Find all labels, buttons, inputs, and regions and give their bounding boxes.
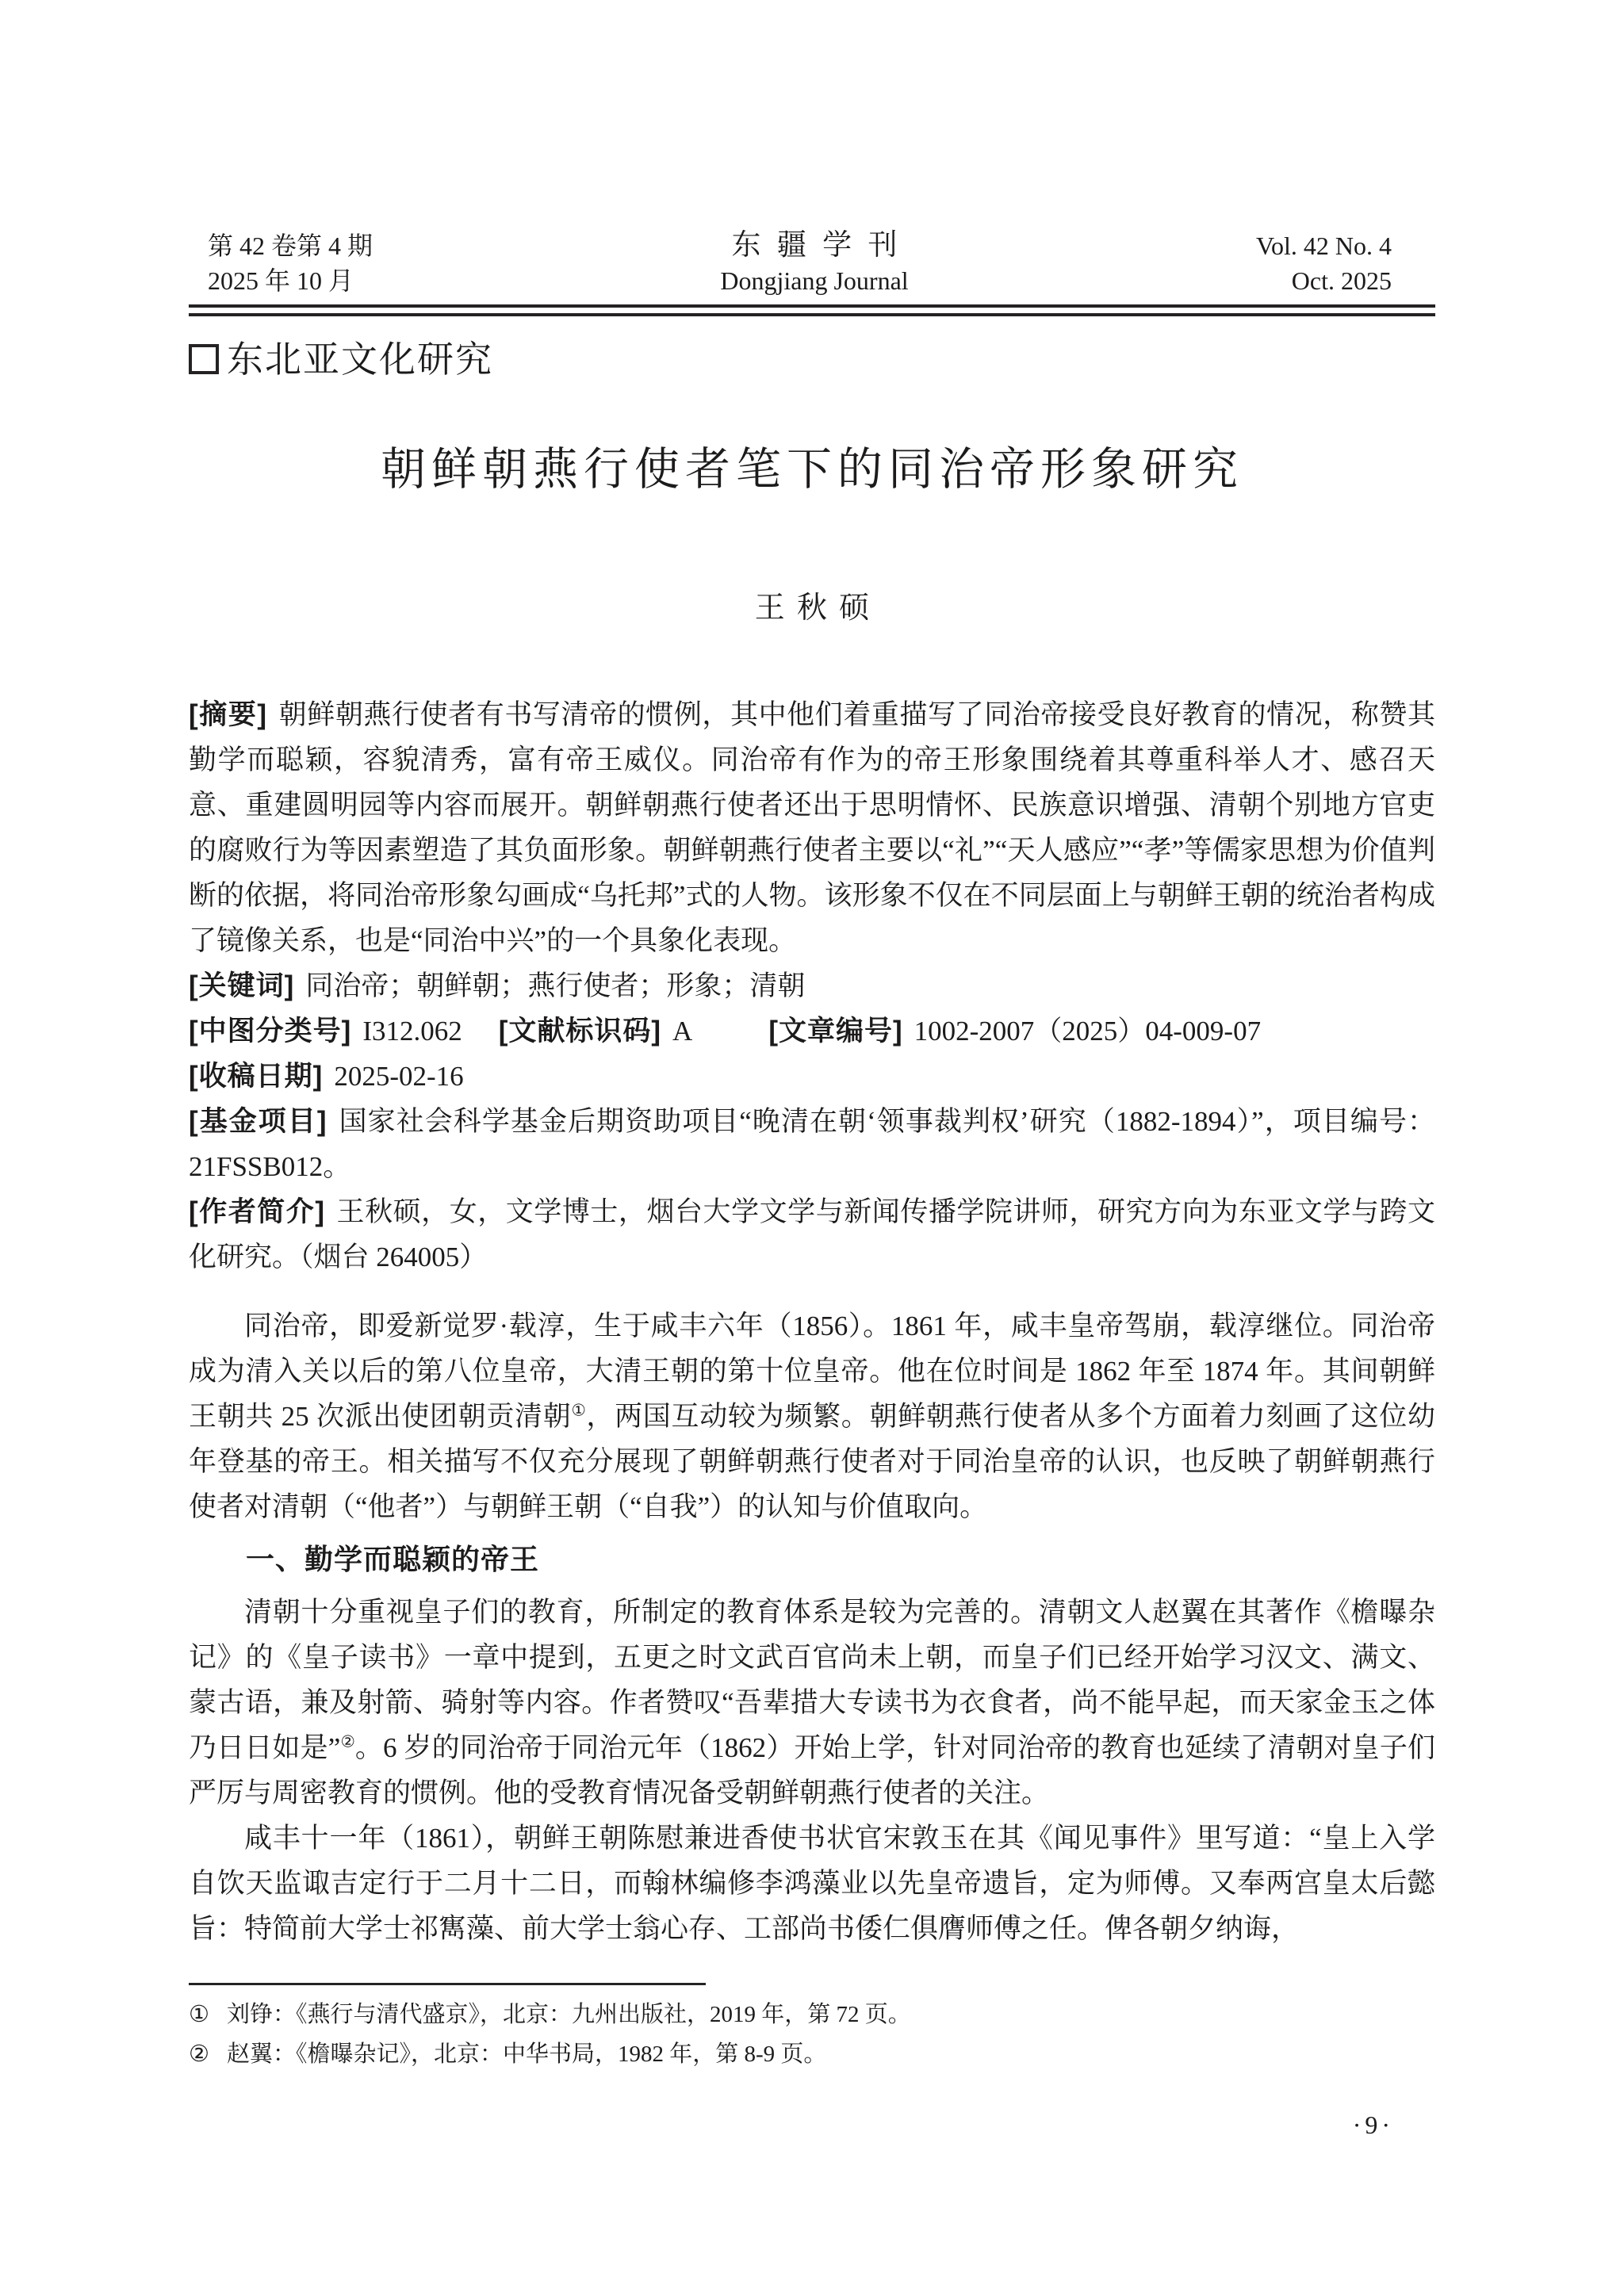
section-1-heading: 一、勤学而聪颖的帝王 bbox=[189, 1544, 1435, 1575]
section-square-icon bbox=[189, 344, 219, 374]
footnote-2-marker: ② bbox=[189, 2034, 209, 2074]
keywords-label: [关键词] bbox=[189, 970, 294, 1001]
footnote-ref-1: ① bbox=[571, 1402, 586, 1419]
journal-name-en: Dongjiang Journal bbox=[720, 263, 908, 298]
article-author: 王秋硕 bbox=[189, 591, 1447, 626]
footnote-2: ② 赵翼：《檐曝杂记》，北京：中华书局，1982 年，第 8-9 页。 bbox=[189, 2034, 1435, 2074]
doc-code-value: A bbox=[672, 1016, 692, 1047]
volume-issue-en: Vol. 42 No. 4 bbox=[1256, 228, 1392, 263]
paragraph-3: 咸丰十一年（1861），朝鲜王朝陈慰兼进香使书状官宋敦玉在其《闻见事件》里写道：… bbox=[189, 1816, 1435, 1951]
fund-text: 国家社会科学基金后期资助项目“晚清在朝‘领事裁判权’研究（1882-1894）”… bbox=[189, 1106, 1435, 1182]
article-title: 朝鲜朝燕行使者笔下的同治帝形象研究 bbox=[189, 445, 1435, 496]
article-id-value: 1002-2007（2025）04-009-07 bbox=[914, 1016, 1261, 1047]
keywords: [关键词]同治帝；朝鲜朝；燕行使者；形象；清朝 bbox=[189, 963, 1435, 1008]
journal-page: 第 42 卷第 4 期 2025 年 10 月 东疆学刊 Dongjiang J… bbox=[0, 0, 1624, 2296]
page-number: ·9· bbox=[1353, 2110, 1394, 2140]
bio-label: [作者简介] bbox=[189, 1196, 325, 1227]
footnote-1-marker: ① bbox=[189, 1995, 209, 2034]
paragraph-1: 同治帝，即爱新觉罗·载淳，生于咸丰六年（1856）。1861 年，咸丰皇帝驾崩，… bbox=[189, 1303, 1435, 1529]
received-value: 2025-02-16 bbox=[334, 1061, 463, 1092]
journal-name: 东疆学刊 Dongjiang Journal bbox=[720, 228, 908, 298]
header-issue-info-en: Vol. 42 No. 4 Oct. 2025 bbox=[1256, 228, 1435, 298]
abstract-label: [摘要] bbox=[189, 699, 267, 730]
article-id-label: [文章编号] bbox=[768, 1016, 902, 1047]
date-en: Oct. 2025 bbox=[1256, 263, 1392, 298]
journal-name-cn: 东疆学刊 bbox=[731, 228, 913, 263]
clc-value: I312.062 bbox=[362, 1016, 462, 1047]
article-body: 同治帝，即爱新觉罗·载淳，生于咸丰六年（1856）。1861 年，咸丰皇帝驾崩，… bbox=[189, 1303, 1435, 1951]
section-label: 东北亚文化研究 bbox=[227, 339, 493, 380]
author-bio: [作者简介]王秋硕，女，文学博士，烟台大学文学与新闻传播学院讲师，研究方向为东亚… bbox=[189, 1189, 1435, 1280]
date-cn: 2025 年 10 月 bbox=[208, 263, 373, 298]
abstract: [摘要]朝鲜朝燕行使者有书写清帝的惯例，其中他们着重描写了同治帝接受良好教育的情… bbox=[189, 692, 1435, 963]
header-issue-info: 第 42 卷第 4 期 2025 年 10 月 bbox=[189, 228, 373, 298]
clc-label: [中图分类号] bbox=[189, 1016, 351, 1047]
article-meta: [摘要]朝鲜朝燕行使者有书写清帝的惯例，其中他们着重描写了同治帝接受良好教育的情… bbox=[189, 692, 1435, 1280]
fund-project: [基金项目]国家社会科学基金后期资助项目“晚清在朝‘领事裁判权’研究（1882-… bbox=[189, 1099, 1435, 1189]
footnote-ref-2: ② bbox=[340, 1733, 355, 1751]
paragraph-2: 清朝十分重视皇子们的教育，所制定的教育体系是较为完善的。清朝文人赵翼在其著作《檐… bbox=[189, 1590, 1435, 1816]
page-content: 第 42 卷第 4 期 2025 年 10 月 东疆学刊 Dongjiang J… bbox=[0, 0, 1624, 2074]
fund-label: [基金项目] bbox=[189, 1106, 327, 1137]
footnotes: ① 刘铮：《燕行与清代盛京》，北京：九州出版社，2019 年，第 72 页。 ②… bbox=[189, 1995, 1435, 2074]
bio-text: 王秋硕，女，文学博士，烟台大学文学与新闻传播学院讲师，研究方向为东亚文学与跨文化… bbox=[189, 1196, 1435, 1272]
received-label: [收稿日期] bbox=[189, 1061, 323, 1092]
classification-line: [中图分类号]I312.062[文献标识码]A[文章编号]1002-2007（2… bbox=[189, 1008, 1435, 1054]
footnote-1: ① 刘铮：《燕行与清代盛京》，北京：九州出版社，2019 年，第 72 页。 bbox=[189, 1995, 1435, 2034]
journal-header: 第 42 卷第 4 期 2025 年 10 月 东疆学刊 Dongjiang J… bbox=[189, 228, 1435, 298]
doc-code-label: [文献标识码] bbox=[499, 1016, 661, 1047]
footnote-1-text: 刘铮：《燕行与清代盛京》，北京：九州出版社，2019 年，第 72 页。 bbox=[227, 1995, 911, 2034]
footnote-separator bbox=[189, 1983, 706, 1985]
received-date-line: [收稿日期]2025-02-16 bbox=[189, 1054, 1435, 1099]
header-double-rule bbox=[189, 304, 1435, 316]
section-heading: 东北亚文化研究 bbox=[189, 339, 1435, 380]
keywords-text: 同治帝；朝鲜朝；燕行使者；形象；清朝 bbox=[305, 970, 805, 1001]
volume-issue-cn: 第 42 卷第 4 期 bbox=[208, 228, 373, 263]
paragraph-2-text-b: 。6 岁的同治帝于同治元年（1862）开始上学，针对同治帝的教育也延续了清朝对皇… bbox=[189, 1732, 1435, 1808]
footnote-2-text: 赵翼：《檐曝杂记》，北京：中华书局，1982 年，第 8-9 页。 bbox=[227, 2034, 826, 2074]
abstract-text: 朝鲜朝燕行使者有书写清帝的惯例，其中他们着重描写了同治帝接受良好教育的情况，称赞… bbox=[189, 699, 1435, 956]
